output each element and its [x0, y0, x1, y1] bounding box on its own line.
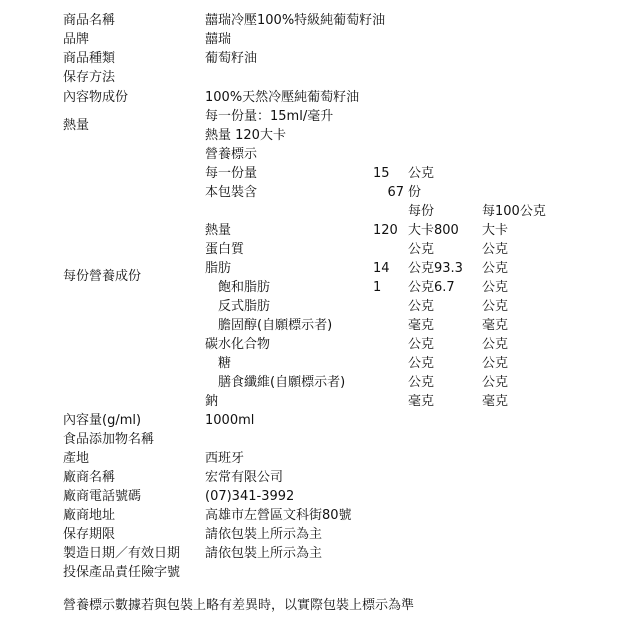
info-label: 商品名稱 — [63, 11, 115, 30]
nutrient-per100-unit: 公克 — [482, 240, 508, 259]
nutrient-per100-unit: 大卡 — [482, 221, 508, 240]
nutrient-per100-unit: 毫克 — [482, 316, 508, 335]
info-value: 高雄市左營區文科街80號 — [205, 506, 352, 525]
nutrient-name: 糖 — [205, 354, 231, 373]
calorie-value-line: 熱量 120大卡 — [205, 126, 286, 145]
info-label: 內容物成份 — [63, 88, 128, 107]
nutrition-servings-per-pack-row: 本包裝含 67 份 — [0, 183, 624, 202]
nutrient-per100-unit: 毫克 — [482, 392, 508, 411]
info-row-shelf-life: 保存期限 請依包裝上所示為主 — [0, 525, 624, 544]
nutrient-unit: 公克 — [408, 354, 434, 373]
info-value: 囍瑞 — [205, 30, 231, 49]
info-row-manufacturer: 廠商名稱 宏常有限公司 — [0, 468, 624, 487]
info-value: 葡萄籽油 — [205, 49, 257, 68]
nutrition-row-fat: 脂肪 14 公克93.3 公克 — [0, 259, 624, 278]
nutrient-per100-unit: 公克 — [482, 278, 508, 297]
info-value: 100%天然冷壓純葡萄籽油 — [205, 88, 359, 107]
info-row-phone: 廠商電話號碼 (07)341-3992 — [0, 487, 624, 506]
info-value: 囍瑞冷壓100%特級純葡萄籽油 — [205, 11, 385, 30]
nutrient-name: 鈉 — [205, 392, 218, 411]
nutrition-row-carbohydrate: 碳水化合物 公克 公克 — [0, 335, 624, 354]
nutrient-name: 反式脂肪 — [205, 297, 270, 316]
nutrition-row-sodium: 鈉 毫克 毫克 — [0, 392, 624, 411]
nutrient-per100-unit: 公克 — [482, 335, 508, 354]
nutrient-name: 蛋白質 — [205, 240, 244, 259]
info-row-product-name: 商品名稱 囍瑞冷壓100%特級純葡萄籽油 — [0, 11, 624, 30]
nutrition-row-trans-fat: 反式脂肪 公克 公克 — [0, 297, 624, 316]
info-label: 保存方法 — [63, 68, 115, 87]
nutrition-row-sugar: 糖 公克 公克 — [0, 354, 624, 373]
calorie-serving-line: 每一份量：15ml/毫升 — [205, 107, 333, 126]
nutrient-per100-unit: 公克 — [482, 373, 508, 392]
info-row-origin: 產地 西班牙 — [0, 449, 624, 468]
info-label: 食品添加物名稱 — [63, 430, 154, 449]
info-row-net-content: 內容量(g/ml) 1000ml — [0, 411, 624, 430]
serving-value: 15 — [373, 164, 390, 183]
info-row-ingredients: 內容物成份 100%天然冷壓純葡萄籽油 — [0, 88, 624, 107]
nutrient-name: 熱量 — [205, 221, 231, 240]
info-value: 西班牙 — [205, 449, 244, 468]
info-row-storage: 保存方法 — [0, 68, 624, 87]
nutrient-unit: 公克 — [408, 240, 434, 259]
servings-per-pack-unit: 份 — [408, 183, 421, 202]
nutrient-name: 飽和脂肪 — [205, 278, 270, 297]
nutrient-name: 膳食纖維(自願標示者) — [205, 373, 345, 392]
nutrient-unit: 毫克 — [408, 392, 434, 411]
nutrient-value: 1 — [373, 278, 381, 297]
nutrition-row-protein: 蛋白質 公克 公克 — [0, 240, 624, 259]
info-value: (07)341-3992 — [205, 487, 294, 506]
nutrient-unit: 公克93.3 — [408, 259, 463, 278]
info-label: 製造日期／有效日期 — [63, 544, 180, 563]
info-row-dates: 製造日期／有效日期 請依包裝上所示為主 — [0, 544, 624, 563]
nutrient-unit: 公克6.7 — [408, 278, 455, 297]
header-per-100g: 每100公克 — [482, 202, 546, 221]
serving-unit: 公克 — [408, 164, 434, 183]
info-row-insurance: 投保產品責任險字號 — [0, 563, 624, 582]
info-row-category: 商品種類 葡萄籽油 — [0, 49, 624, 68]
nutrient-per100-unit: 公克 — [482, 297, 508, 316]
serving-label: 每一份量 — [205, 164, 257, 183]
info-row-additives: 食品添加物名稱 — [0, 430, 624, 449]
servings-per-pack-label: 本包裝含 — [205, 183, 257, 202]
nutrient-unit: 大卡800 — [408, 221, 459, 240]
calorie-label: 熱量 — [63, 116, 89, 135]
nutrient-value: 120 — [373, 221, 398, 240]
info-label: 廠商名稱 — [63, 468, 115, 487]
nutrient-unit: 公克 — [408, 373, 434, 392]
info-label: 廠商地址 — [63, 506, 115, 525]
info-label: 產地 — [63, 449, 89, 468]
info-value: 1000ml — [205, 411, 254, 430]
nutrition-header-row: 每份 每100公克 — [0, 202, 624, 221]
nutrition-serving-row: 每一份量 15 公克 — [0, 164, 624, 183]
info-value: 請依包裝上所示為主 — [205, 544, 322, 563]
info-row-brand: 品牌 囍瑞 — [0, 30, 624, 49]
info-row-address: 廠商地址 高雄市左營區文科街80號 — [0, 506, 624, 525]
nutrient-name: 碳水化合物 — [205, 335, 270, 354]
nutrition-title: 營養標示 — [205, 145, 257, 164]
info-label: 內容量(g/ml) — [63, 411, 141, 430]
nutrient-per100-unit: 公克 — [482, 259, 508, 278]
info-label: 品牌 — [63, 30, 89, 49]
nutrient-per100-unit: 公克 — [482, 354, 508, 373]
nutrient-value: 14 — [373, 259, 390, 278]
header-per-serving: 每份 — [408, 202, 434, 221]
info-label: 保存期限 — [63, 525, 115, 544]
servings-per-pack-value: 67 — [360, 183, 404, 202]
nutrition-row-saturated-fat: 飽和脂肪 1 公克6.7 公克 — [0, 278, 624, 297]
nutrient-unit: 毫克 — [408, 316, 434, 335]
info-value: 宏常有限公司 — [205, 468, 283, 487]
footnote: 營養標示數據若與包裝上略有差異時，以實際包裝上標示為準 — [63, 596, 414, 615]
nutrient-name: 脂肪 — [205, 259, 231, 278]
nutrient-name: 膽固醇(自願標示者) — [205, 316, 332, 335]
info-label: 廠商電話號碼 — [63, 487, 141, 506]
nutrition-row-dietary-fiber: 膳食纖維(自願標示者) 公克 公克 — [0, 373, 624, 392]
nutrient-unit: 公克 — [408, 335, 434, 354]
info-label: 商品種類 — [63, 49, 115, 68]
info-label: 投保產品責任險字號 — [63, 563, 180, 582]
nutrition-row-cholesterol: 膽固醇(自願標示者) 毫克 毫克 — [0, 316, 624, 335]
nutrient-unit: 公克 — [408, 297, 434, 316]
info-value: 請依包裝上所示為主 — [205, 525, 322, 544]
nutrition-row-calories: 熱量 120 大卡800 大卡 — [0, 221, 624, 240]
